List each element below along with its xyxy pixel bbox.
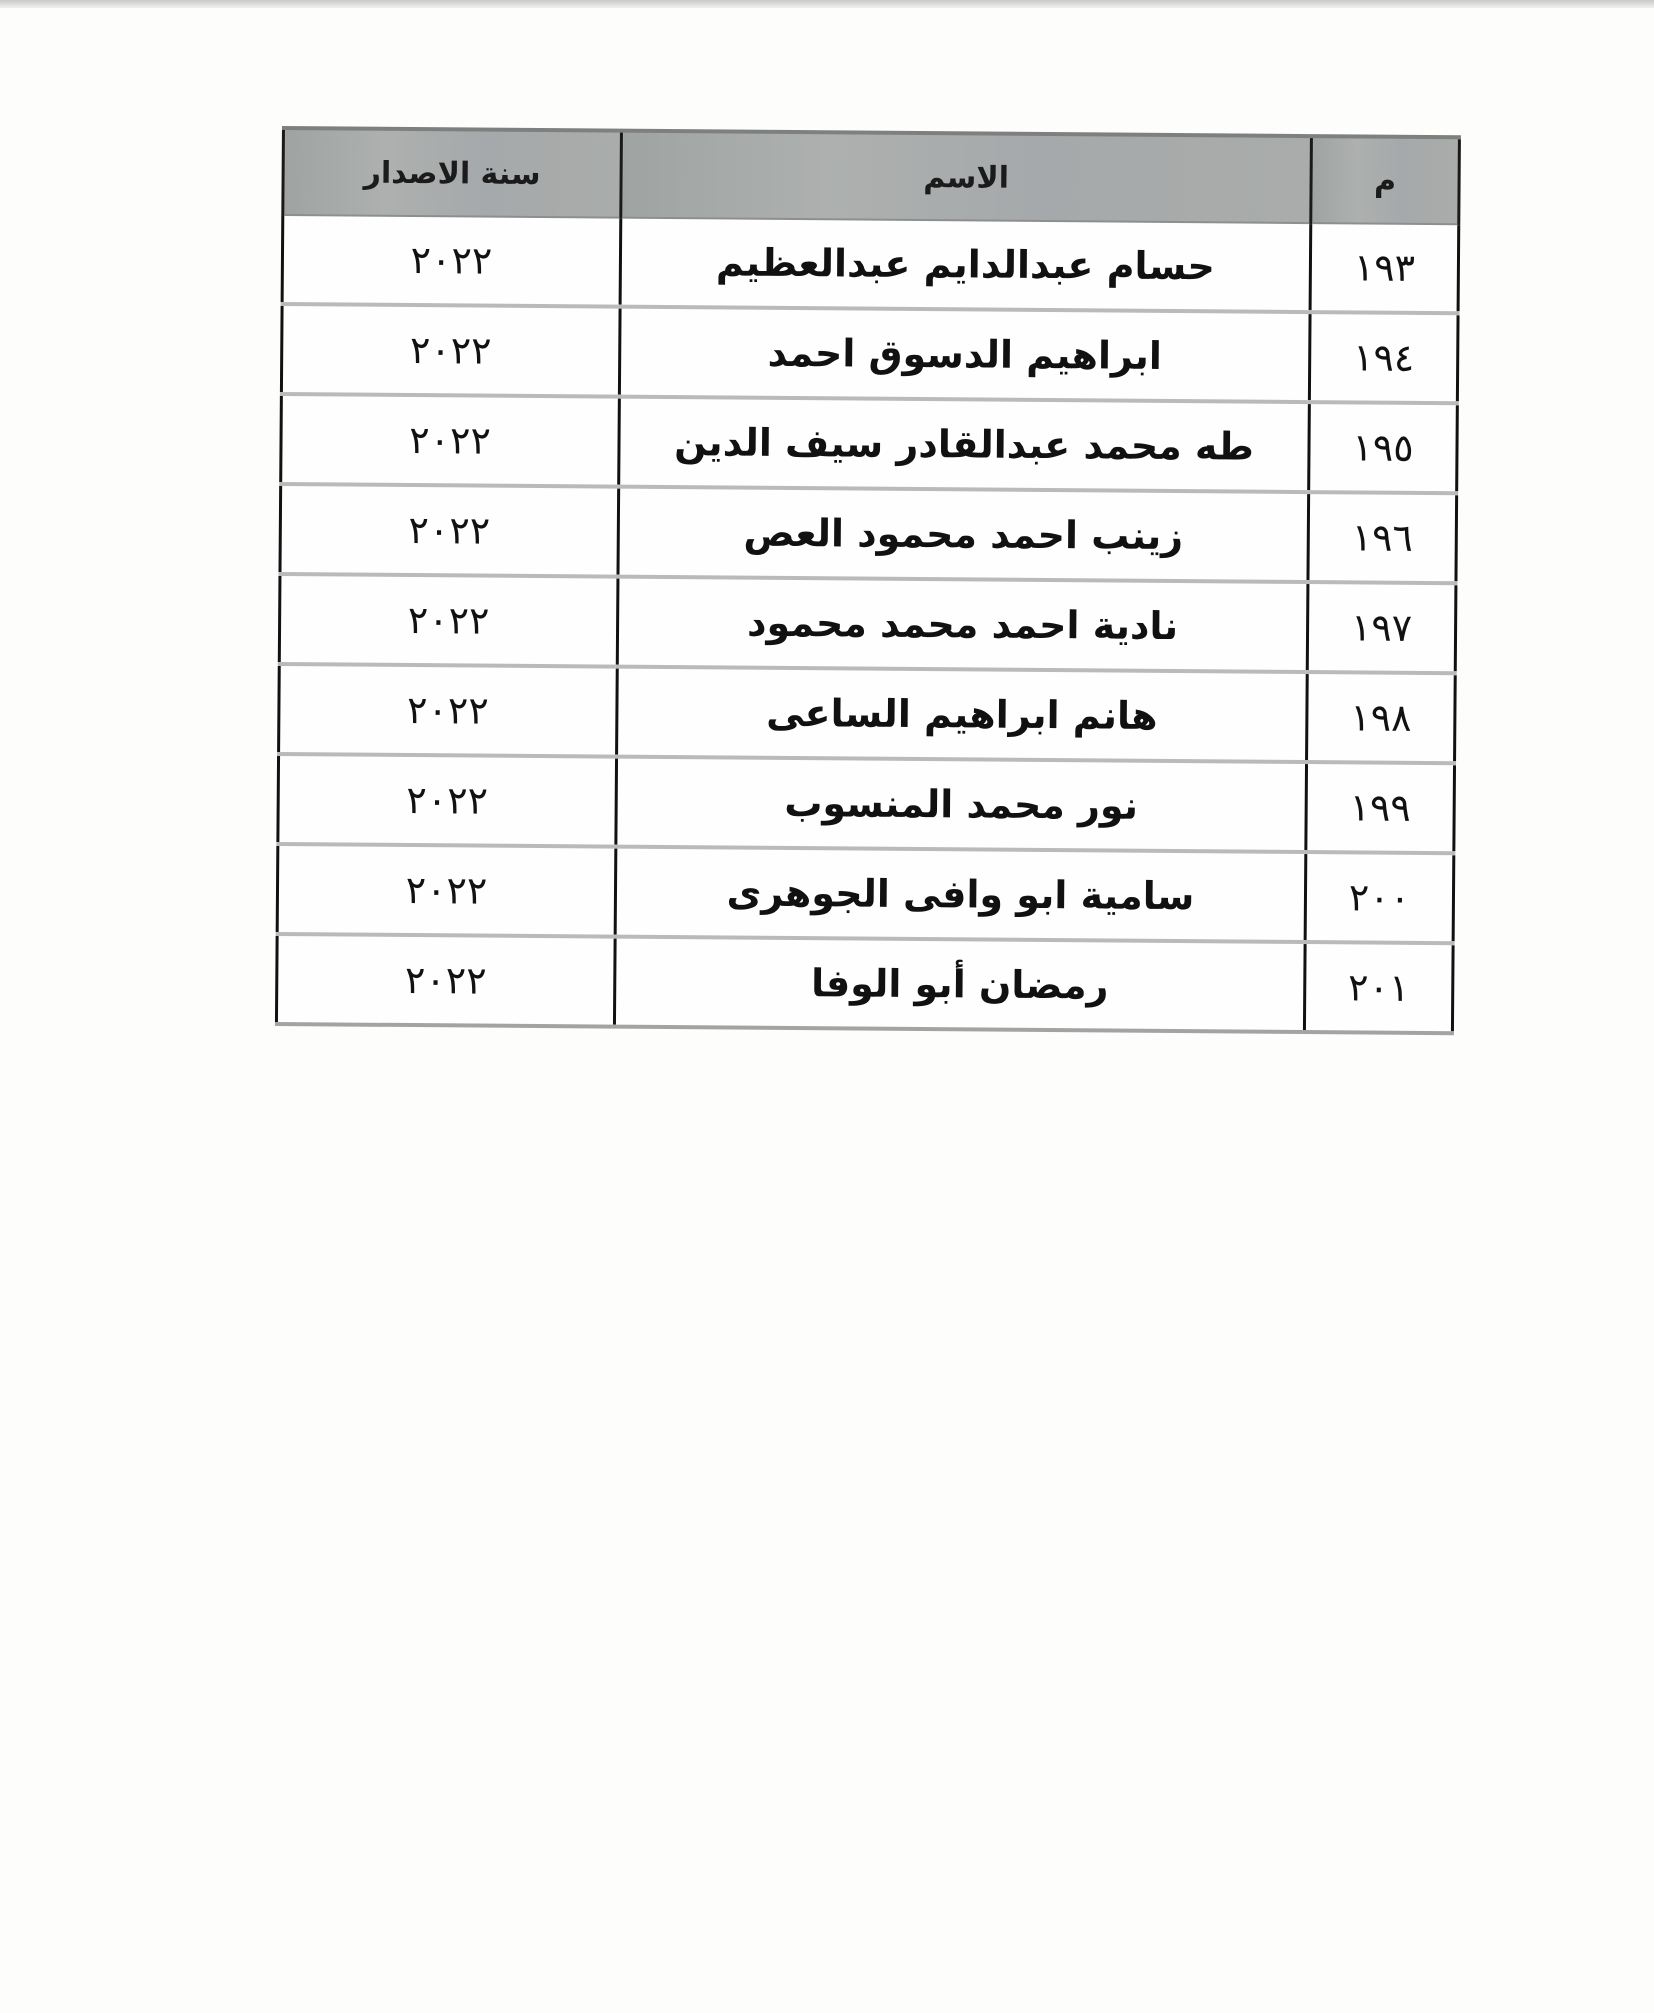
header-name: الاسم bbox=[621, 131, 1312, 223]
row-year: ٢٠٢٢ bbox=[277, 844, 616, 937]
table-row: ١٩٣ حسام عبدالدايم عبدالعظيم ٢٠٢٢ bbox=[282, 215, 1459, 313]
row-year: ٢٠٢٢ bbox=[281, 394, 620, 487]
table-header: م الاسم سنة الاصدار bbox=[283, 128, 1460, 224]
table-body: ١٩٣ حسام عبدالدايم عبدالعظيم ٢٠٢٢ ١٩٤ اب… bbox=[276, 215, 1458, 1033]
row-index: ١٩٣ bbox=[1310, 223, 1459, 313]
row-name: حسام عبدالدايم عبدالعظيم bbox=[620, 218, 1311, 312]
row-index: ٢٠٠ bbox=[1305, 852, 1454, 943]
table-row: ١٩٧ نادية احمد محمد محمود ٢٠٢٢ bbox=[279, 574, 1456, 673]
table-row: ١٩٩ نور محمد المنسوب ٢٠٢٢ bbox=[278, 754, 1455, 853]
row-name: سامية ابو وافى الجوهرى bbox=[615, 847, 1306, 942]
row-name: هانم ابراهيم الساعى bbox=[617, 667, 1308, 762]
table-row: ١٩٥ طه محمد عبدالقادر سيف الدين ٢٠٢٢ bbox=[281, 394, 1458, 493]
table-row: ١٩٤ ابراهيم الدسوق احمد ٢٠٢٢ bbox=[281, 304, 1458, 403]
row-year: ٢٠٢٢ bbox=[276, 934, 615, 1027]
row-year: ٢٠٢٢ bbox=[279, 664, 618, 757]
row-index: ٢٠١ bbox=[1304, 942, 1453, 1033]
row-name: زينب احمد محمود العص bbox=[618, 487, 1309, 582]
row-index: ١٩٦ bbox=[1308, 492, 1457, 583]
row-index: ١٩٨ bbox=[1307, 672, 1456, 763]
roster-table-container: م الاسم سنة الاصدار ١٩٣ حسام عبدالدايم ع… bbox=[275, 126, 1458, 1035]
table-row: ٢٠٠ سامية ابو وافى الجوهرى ٢٠٢٢ bbox=[277, 844, 1454, 943]
header-row: م الاسم سنة الاصدار bbox=[283, 128, 1460, 224]
row-name: طه محمد عبدالقادر سيف الدين bbox=[619, 397, 1310, 492]
row-name: رمضان أبو الوفا bbox=[614, 937, 1305, 1032]
row-year: ٢٠٢٢ bbox=[280, 484, 619, 577]
roster-table: م الاسم سنة الاصدار ١٩٣ حسام عبدالدايم ع… bbox=[275, 126, 1461, 1035]
row-name: ابراهيم الدسوق احمد bbox=[619, 307, 1310, 402]
document-page: م الاسم سنة الاصدار ١٩٣ حسام عبدالدايم ع… bbox=[0, 8, 1654, 2013]
header-index: م bbox=[1311, 136, 1460, 224]
row-name: نادية احمد محمد محمود bbox=[617, 577, 1308, 672]
table-row: ٢٠١ رمضان أبو الوفا ٢٠٢٢ bbox=[276, 934, 1453, 1033]
header-year: سنة الاصدار bbox=[283, 128, 622, 218]
row-index: ١٩٩ bbox=[1306, 762, 1455, 853]
row-year: ٢٠٢٢ bbox=[279, 574, 618, 667]
row-index: ١٩٧ bbox=[1307, 582, 1456, 673]
row-year: ٢٠٢٢ bbox=[281, 304, 620, 397]
row-name: نور محمد المنسوب bbox=[616, 757, 1307, 852]
table-row: ١٩٦ زينب احمد محمود العص ٢٠٢٢ bbox=[280, 484, 1457, 583]
row-index: ١٩٤ bbox=[1309, 312, 1458, 403]
row-year: ٢٠٢٢ bbox=[282, 215, 621, 307]
row-index: ١٩٥ bbox=[1309, 402, 1458, 493]
table-row: ١٩٨ هانم ابراهيم الساعى ٢٠٢٢ bbox=[279, 664, 1456, 763]
row-year: ٢٠٢٢ bbox=[278, 754, 617, 847]
